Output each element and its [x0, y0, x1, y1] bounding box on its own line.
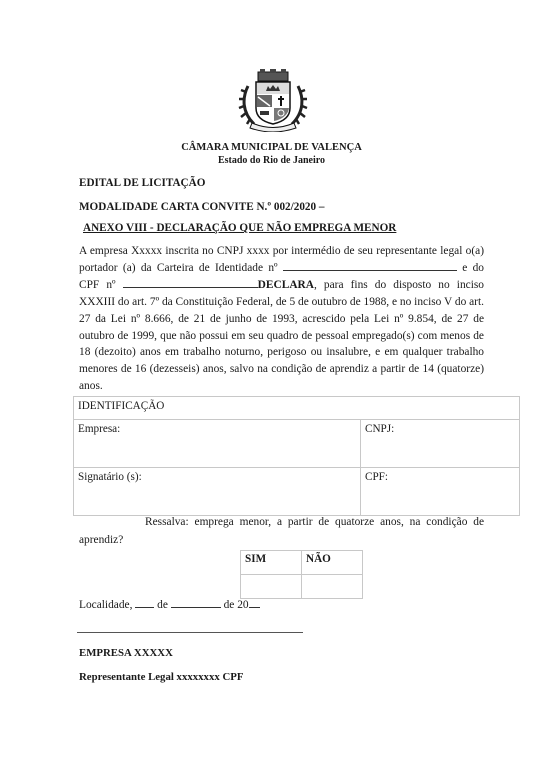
- month-blank[interactable]: [171, 597, 221, 608]
- crest-icon: [238, 68, 308, 132]
- day-blank[interactable]: [135, 597, 154, 608]
- anexo-heading: ANEXO VIII - DECLARAÇÃO QUE NÃO EMPREGA …: [83, 222, 396, 234]
- declaration-paragraph: A empresa Xxxxx inscrita no CNPJ xxxx po…: [79, 243, 484, 395]
- sim-nao-table: SIM NÃO: [240, 550, 363, 599]
- nao-header: NÃO: [302, 551, 363, 575]
- cpf-number-blank[interactable]: [123, 277, 258, 288]
- identification-title: IDENTIFICAÇÃO: [74, 397, 520, 420]
- cnpj-label: CNPJ:: [365, 423, 394, 435]
- signatario-cell[interactable]: Signatário (s):: [74, 468, 361, 516]
- signature-line[interactable]: [77, 632, 303, 633]
- institution-name: CÂMARA MUNICIPAL DE VALENÇA: [0, 142, 543, 153]
- declara-keyword: DECLARA: [258, 279, 314, 291]
- sim-header: SIM: [241, 551, 302, 575]
- company-name: EMPRESA XXXXX: [79, 647, 173, 659]
- state-name: Estado do Rio de Janeiro: [0, 155, 543, 166]
- modalidade-heading: MODALIDADE CARTA CONVITE N.º 002/2020 –: [79, 201, 325, 213]
- ressalva-question: Ressalva: emprega menor, a partir de qua…: [79, 513, 484, 549]
- declaration-text-3: , para fins do disposto no inciso XXXIII…: [79, 279, 484, 392]
- cnpj-cell[interactable]: CNPJ:: [361, 420, 520, 468]
- identity-number-blank[interactable]: [283, 260, 457, 271]
- empresa-label: Empresa:: [78, 423, 120, 435]
- cpf-cell[interactable]: CPF:: [361, 468, 520, 516]
- identification-table: IDENTIFICAÇÃO Empresa: CNPJ: Signatário …: [73, 396, 520, 516]
- localidade-line: Localidade, de de 20: [79, 597, 260, 611]
- nao-answer-cell[interactable]: [302, 575, 363, 599]
- cpf-label: CPF:: [365, 471, 388, 483]
- empresa-cell[interactable]: Empresa:: [74, 420, 361, 468]
- signatario-label: Signatário (s):: [78, 471, 142, 483]
- year-blank[interactable]: [249, 597, 260, 608]
- legal-representative: Representante Legal xxxxxxxx CPF: [79, 671, 243, 683]
- edital-heading: EDITAL DE LICITAÇÃO: [79, 177, 205, 189]
- sim-answer-cell[interactable]: [241, 575, 302, 599]
